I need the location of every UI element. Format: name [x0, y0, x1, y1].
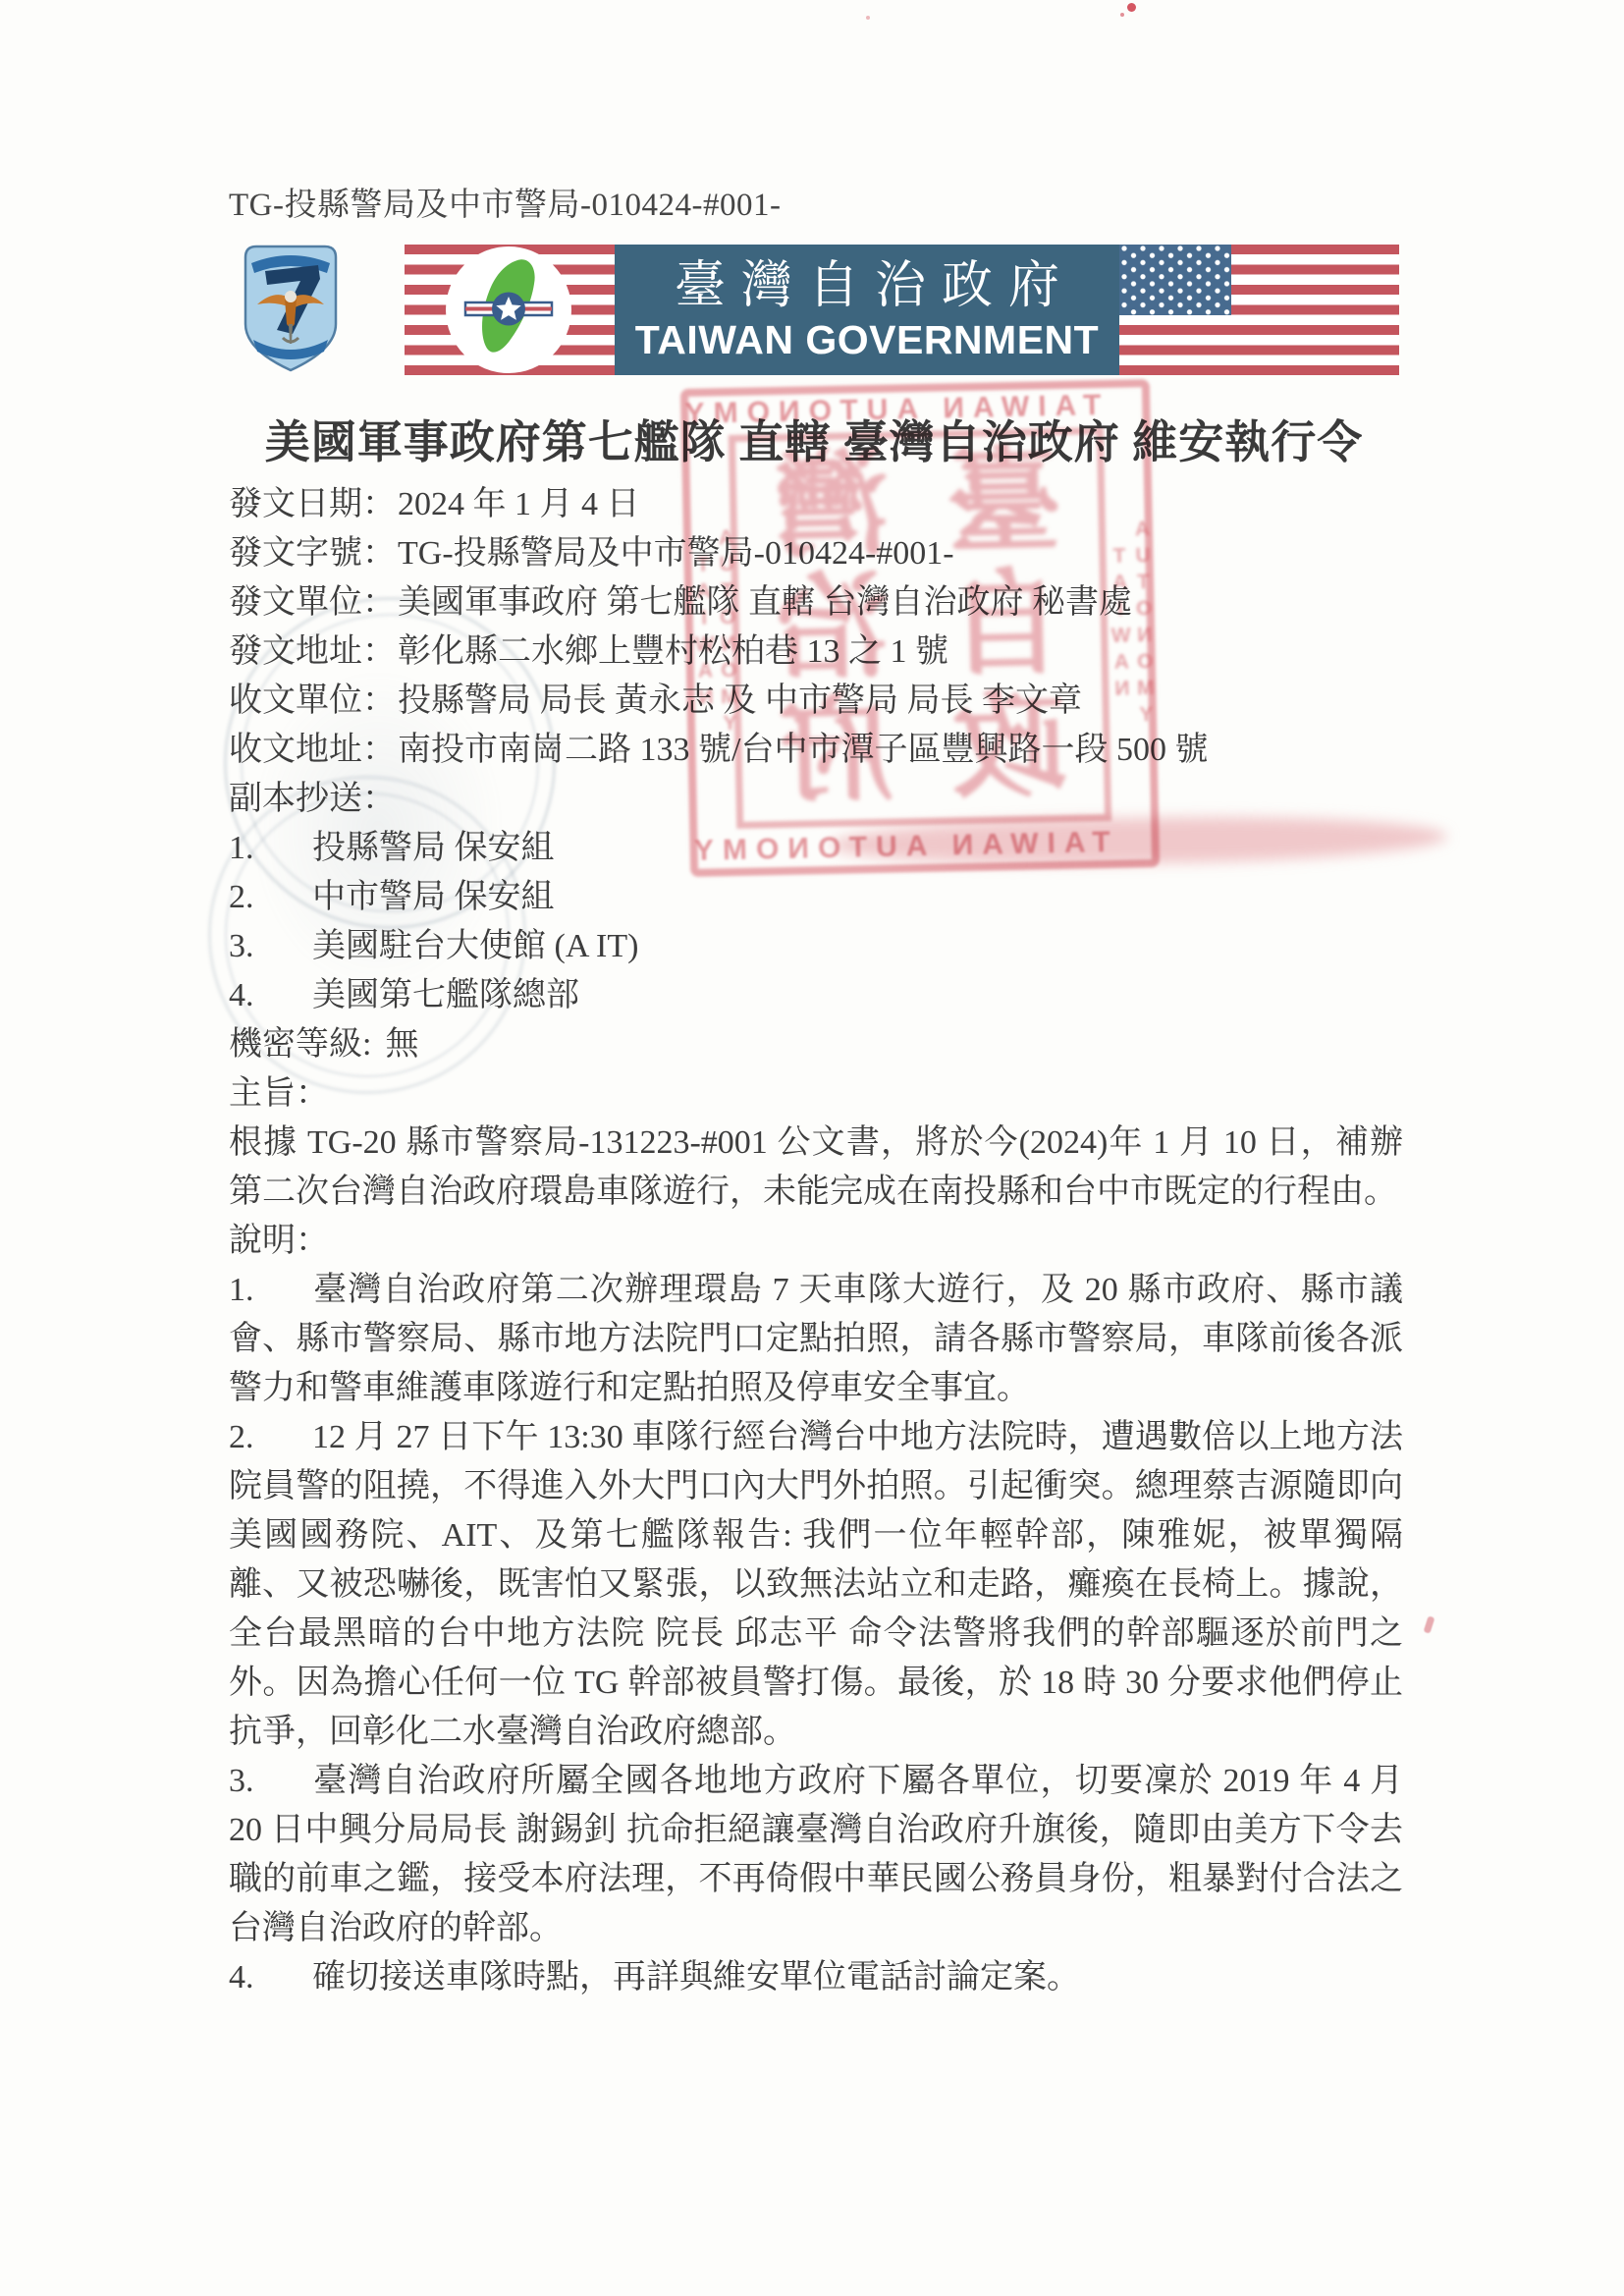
classification-level: 機密等級:無 [229, 1020, 1403, 1069]
scanned-official-document: TG-投縣警局及中市警局-010424-#001- 臺灣 [0, 0, 1624, 2296]
meta-issuing-address: 發文地址：彰化縣二水鄉上豐村松柏巷 13 之 1 號 [229, 628, 1403, 677]
ink-speck [1120, 13, 1124, 17]
subject-label: 主旨： [229, 1069, 1403, 1119]
org-name-english: TAIWAN GOVERNMENT [635, 316, 1099, 363]
cc-item: 3.美國駐台大使館 (A IT) [229, 922, 1403, 971]
explanation-item: 1.臺灣自治政府第二次辦理環島 7 天車隊大遊行，及 20 縣市政府、縣市議會、… [229, 1266, 1403, 1413]
us-seventh-fleet-badge-icon [236, 242, 346, 375]
document-title: 美國軍事政府第七艦隊 直轄 臺灣自治政府 維安執行令 [229, 407, 1399, 471]
cc-item: 2.中市警局 保安組 [229, 873, 1403, 922]
us-flag-icon [1119, 245, 1399, 375]
document-reference-number: TG-投縣警局及中市警局-010424-#001- [229, 179, 781, 225]
meta-doc-number: 發文字號：TG-投縣警局及中市警局-010424-#001- [229, 529, 1403, 578]
taiwan-government-header: 臺灣自治政府 TAIWAN GOVERNMENT [615, 245, 1119, 375]
meta-recipient-unit: 收文單位：投縣警局 局長 黃永志 及 中市警局 局長 李文章 [229, 677, 1403, 726]
explanation-item: 4.確切接送車隊時點，再詳與維安單位電話討論定案。 [229, 1953, 1403, 2002]
taiwan-map-roundel-flag-icon [405, 245, 615, 375]
document-body: 發文日期：2024 年 1 月 4 日 發文字號：TG-投縣警局及中市警局-01… [229, 480, 1403, 2002]
org-name-chinese: 臺灣自治政府 [659, 257, 1075, 316]
meta-recipient-address: 收文地址：南投市南崗二路 133 號/台中市潭子區豐興路一段 500 號 [229, 726, 1403, 775]
meta-issuing-unit: 發文單位：美國軍事政府 第七艦隊 直轄 台灣自治政府 秘書處 [229, 578, 1403, 628]
explanation-item: 2.12 月 27 日下午 13:30 車隊行經台灣台中地方法院時，遭遇數倍以上… [229, 1413, 1403, 1757]
cc-item: 4.美國第七艦隊總部 [229, 971, 1403, 1020]
subject-text: 根據 TG-20 縣市警察局-131223-#001 公文書，將於今(2024)… [229, 1119, 1403, 1217]
us-flag-canton [1119, 245, 1231, 315]
ink-speck [866, 16, 870, 20]
ink-speck [1424, 1615, 1435, 1633]
ink-speck [1127, 3, 1136, 12]
explanation-item: 3.臺灣自治政府所屬全國各地地方政府下屬各單位，切要凜於 2019 年 4 月 … [229, 1757, 1403, 1953]
explanation-label: 說明： [229, 1217, 1403, 1266]
header-banner: 臺灣自治政府 TAIWAN GOVERNMENT [405, 245, 1399, 375]
meta-issue-date: 發文日期：2024 年 1 月 4 日 [229, 480, 1403, 529]
